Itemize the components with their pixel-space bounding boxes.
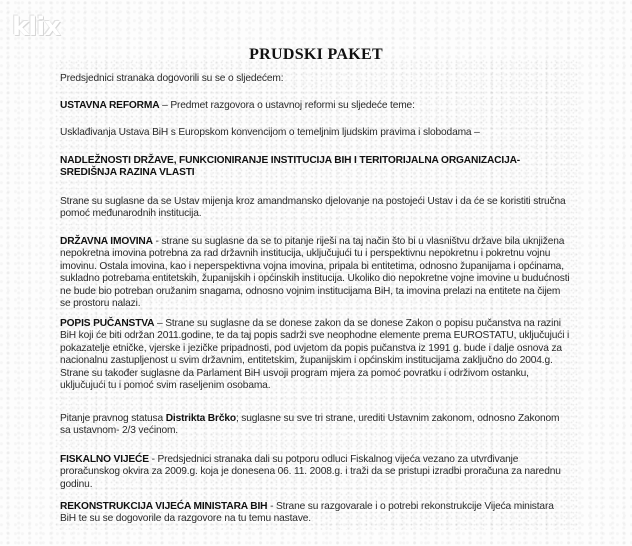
intro-paragraph: Predsjednici stranaka dogovorili su se o…	[60, 73, 283, 85]
section-drzavna-imovina: DRŽAVNA IMOVINA - strane su suglasne da …	[60, 236, 570, 310]
section-text: Strane su suglasne da se Ustav mijenja k…	[60, 196, 566, 219]
paragraph-distrikt-brcko: Pitanje pravnog statusa Distrikta Brčko;…	[60, 413, 570, 438]
section-heading: FISKALNO VIJEĆE	[60, 454, 149, 465]
section-ustavna-reforma: USTAVNA REFORMA – Predmet razgovora o us…	[60, 100, 415, 112]
section-fiskalno-vijece: FISKALNO VIJEĆE - Predsjednici stranaka …	[60, 454, 570, 491]
section-nadleznosti: NADLEŽNOSTI DRŽAVE, FUNKCIONIRANJE INSTI…	[60, 155, 570, 180]
section-heading: DRŽAVNA IMOVINA	[60, 236, 153, 247]
section-heading: REKONSTRUKCIJA VIJEĆA MINISTARA BIH	[60, 501, 267, 512]
section-rekonstrukcija: REKONSTRUKCIJA VIJEĆA MINISTARA BIH - St…	[60, 501, 570, 526]
paragraph-uskladivanje: Usklađivanja Ustava BiH s Europskom konv…	[60, 127, 480, 139]
section-text-before: Pitanje pravnog statusa	[60, 413, 166, 424]
section-heading: NADLEŽNOSTI DRŽAVE, FUNKCIONIRANJE INSTI…	[60, 155, 520, 178]
paragraph-ustav-amandmani: Strane su suglasne da se Ustav mijenja k…	[60, 196, 570, 221]
section-popis-pucanstva: POPIS PUČANSTVA – Strane su suglasne da …	[60, 318, 570, 392]
scanned-document-page: klix PRUDSKI PAKET Predsjednici stranaka…	[0, 0, 632, 546]
section-heading: POPIS PUČANSTVA	[60, 318, 154, 329]
section-text: – Predmet razgovora o ustavnoj reformi s…	[159, 100, 414, 111]
document-title: PRUDSKI PAKET	[0, 46, 632, 64]
klix-watermark-logo: klix	[12, 12, 60, 42]
section-inline-bold: Distrikta Brčko	[166, 413, 236, 424]
section-text: Usklađivanja Ustava BiH s Europskom konv…	[60, 127, 480, 138]
section-heading: USTAVNA REFORMA	[60, 100, 159, 111]
